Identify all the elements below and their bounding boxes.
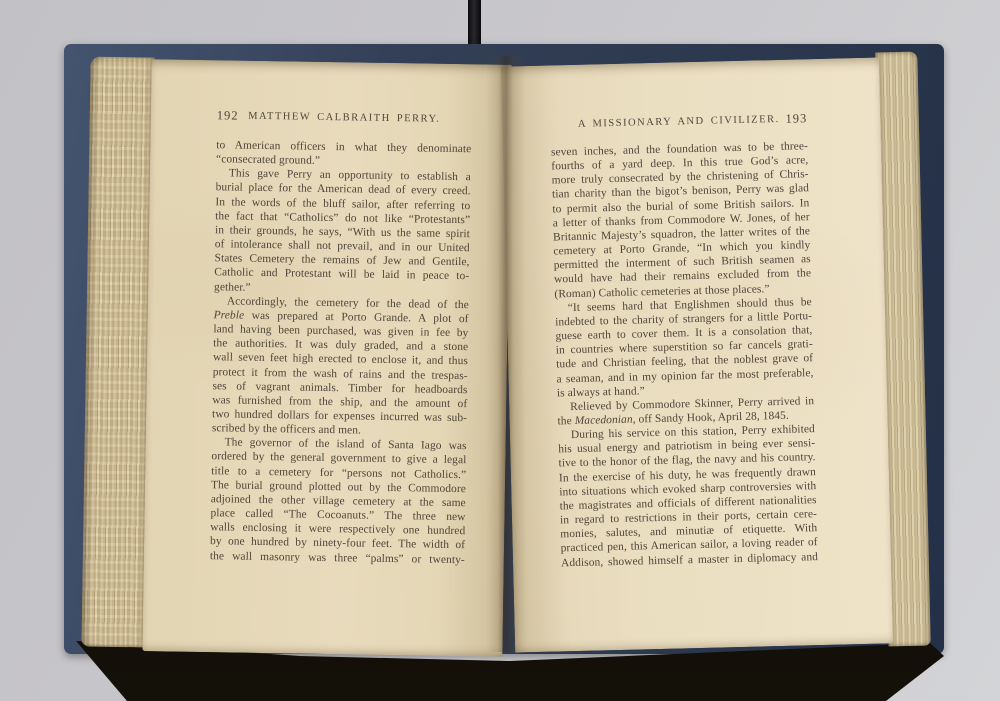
running-title-right: A MISSIONARY AND CIVILIZER.: [550, 113, 807, 130]
running-title-left: MATTHEW CALBRAITH PERRY.: [217, 110, 472, 125]
running-head-left: 192 MATTHEW CALBRAITH PERRY.: [217, 110, 472, 127]
page-number-left: 192: [217, 108, 239, 123]
book-page-right: A MISSIONARY AND CIVILIZER. 193 seven in…: [501, 57, 893, 652]
page-number-right: 193: [785, 111, 807, 127]
book-photo: 192 MATTHEW CALBRAITH PERRY. to American…: [0, 0, 1000, 701]
running-head-right: A MISSIONARY AND CIVILIZER. 193: [550, 113, 807, 132]
page-text-left: to American officers in what they denomi…: [210, 138, 472, 567]
page-text-right: seven inches, and the foundation was to …: [551, 139, 818, 570]
book-page-left: 192 MATTHEW CALBRAITH PERRY. to American…: [142, 59, 511, 657]
